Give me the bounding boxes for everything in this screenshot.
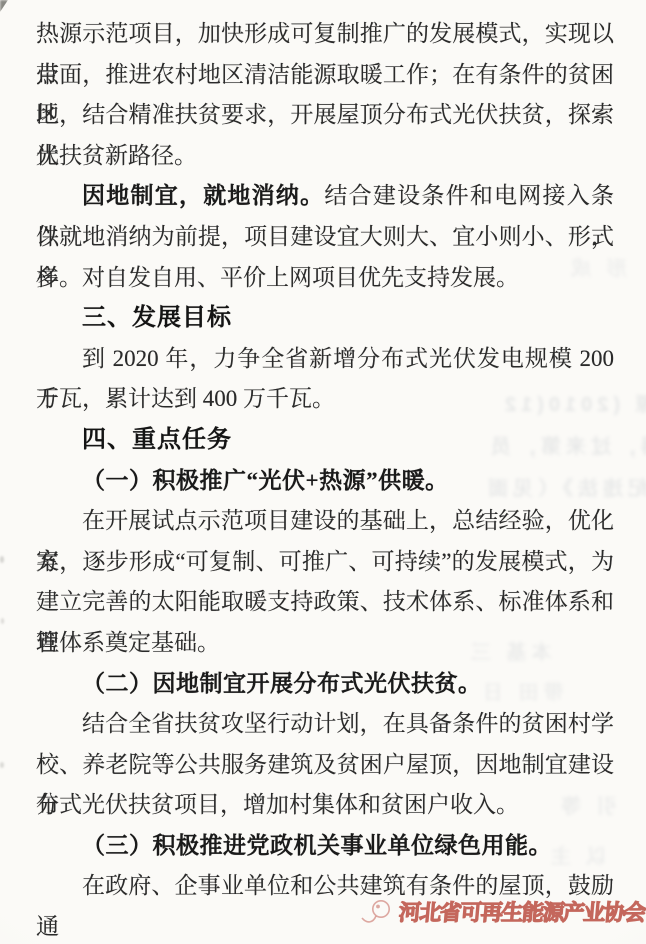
body-line: 案，逐步形成“可复制、可推广、可持续”的发展模式，为 — [36, 542, 614, 583]
paragraph-line: 在政府、企事业单位和公共建筑有条件的屋顶，鼓励通 — [36, 866, 614, 907]
body-line: 建立完善的太阳能取暖支持政策、技术体系、标准体系和管 — [36, 582, 614, 623]
subsection-heading-3: （三）积极推进党政机关事业单位绿色用能。 — [36, 826, 614, 867]
bold-lead-text: 因地制宜，就地消纳。 — [82, 183, 324, 208]
section-heading-3: 三、发展目标 — [36, 298, 614, 339]
body-line: 带面，推进农村地区清洁能源取暖工作；在有条件的贫困地 — [36, 55, 614, 96]
body-line: 伏扶贫新路径。 — [36, 136, 614, 177]
body-line: 样。对自发自用、平价上网项目优先支持发展。 — [36, 258, 614, 299]
body-line: 区，结合精准扶贫要求，开展屋顶分布式光伏扶贫，探索光 — [36, 95, 614, 136]
paragraph-line: 到 2020 年，力争全省新增分布式光伏发电规模 200 万 — [36, 339, 614, 380]
paragraph-line: 因地制宜，就地消纳。结合建设条件和电网接入条件， — [36, 176, 614, 217]
paragraph-line: 在开展试点示范项目建设的基础上，总结经验，优化方 — [36, 501, 614, 542]
body-line: 千瓦，累计达到 400 万千瓦。 — [36, 379, 614, 420]
paragraph-line: 结合全省扶贫攻坚行动计划，在具备条件的贫困村学 — [36, 704, 614, 745]
body-line: 以就地消纳为前提，项目建设宜大则大、宜小则小、形式多 — [36, 217, 614, 258]
scanned-document-page: 收能源 (2010(12 器，过来第，员 纪违法》（见面 形 成 本基 三 带田… — [0, 0, 646, 944]
subsection-heading-2: （二）因地制宜开展分布式光伏扶贫。 — [36, 664, 614, 705]
body-line: 热源示范项目，加快形成可复制推广的发展模式，实现以点 — [36, 14, 614, 55]
scan-artifact — [0, 762, 4, 768]
scan-artifact — [1, 618, 4, 624]
body-line: 校、养老院等公共服务建筑及贫困户屋顶，因地制宜建设分 — [36, 745, 614, 786]
scan-artifact — [0, 0, 8, 12]
body-line: 理体系奠定基础。 — [36, 623, 614, 664]
scan-artifact — [0, 556, 4, 563]
subsection-heading-1: （一）积极推广“光伏+热源”供暖。 — [36, 461, 614, 502]
section-heading-4: 四、重点任务 — [36, 420, 614, 461]
body-line: 布式光伏扶贫项目，增加村集体和贫困户收入。 — [36, 785, 614, 826]
document-body: 热源示范项目，加快形成可复制推广的发展模式，实现以点 带面，推进农村地区清洁能源… — [36, 14, 614, 907]
